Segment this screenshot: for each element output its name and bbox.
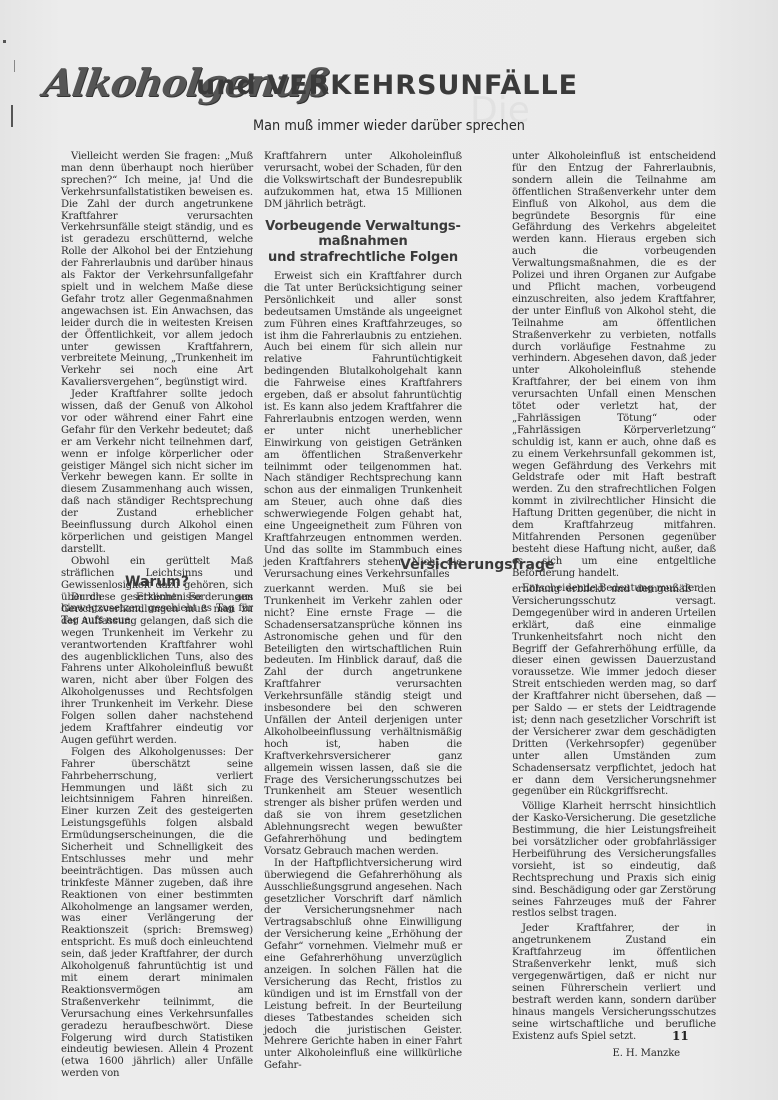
column-3: unter Alkoholeinfluß ist entscheidend fü… [512,151,716,595]
title-rest-part: und VERKEHRSUNFÄLLE [196,70,578,101]
heading-line: und strafrechtliche Folgen [264,250,462,266]
paragraph: Völlige Klarheit herrscht hinsichtlich d… [512,801,716,920]
column-2: Kraftfahrern unter Alkoholeinfluß verurs… [264,151,462,581]
paragraph: Erweist sich ein Kraftfahrer durch die T… [264,271,462,581]
article-title: Alkoholgenuß und VERKEHRSUNFÄLLE [0,60,778,110]
column-2-lower: zuerkannt werden. Muß sie bei Trunkenhei… [264,584,462,1072]
paragraph: zuerkannt werden. Muß sie bei Trunkenhei… [264,584,462,858]
paragraph: Durch Erkenntnisse aus Gerichtsverhandlu… [61,592,253,747]
section-heading-vorbeugende: Vorbeugende Verwaltungs- maßnahmen und s… [264,219,462,266]
paragraph: unter Alkoholeinfluß ist entscheidend fü… [512,151,716,580]
section-heading-warum: Warum? [61,574,253,590]
document-page: Die Alkoholgenuß und VERKEHRSUNFÄLLE Man… [0,0,778,1100]
paragraph: Folgen des Alkoholgenusses: Der Fahrer ü… [61,747,253,1080]
column-3-lower: erhöhung erblickt und demgemäß den Versi… [512,584,716,1060]
article-subtitle: Man muß immer wieder darüber sprechen [31,118,747,134]
column-1-continued: Durch Erkenntnisse aus Gerichtsverhandlu… [61,592,253,1080]
author-signature: E. H. Manzke [512,1048,716,1060]
paragraph: Vielleicht werden Sie fragen: „Muß man d… [61,151,253,389]
margin-mark [3,40,6,43]
paragraph: Jeder Kraftfahrer, der in angetrunkenem … [512,923,716,1042]
page-number: 11 [672,1029,689,1043]
section-heading-versicherungsfrage: Versicherungsfrage [400,557,555,573]
paragraph: Kraftfahrern unter Alkoholeinfluß verurs… [264,151,462,211]
paragraph: erhöhung erblickt und demgemäß den Versi… [512,584,716,798]
heading-line: maßnahmen [264,234,462,250]
paragraph: Jeder Kraftfahrer sollte jedoch wissen, … [61,389,253,556]
heading-line: Vorbeugende Verwaltungs- [264,219,462,235]
column-1: Vielleicht werden Sie fragen: „Muß man d… [61,151,253,627]
paragraph: In der Haftpflichtversicherung wird über… [264,858,462,1072]
